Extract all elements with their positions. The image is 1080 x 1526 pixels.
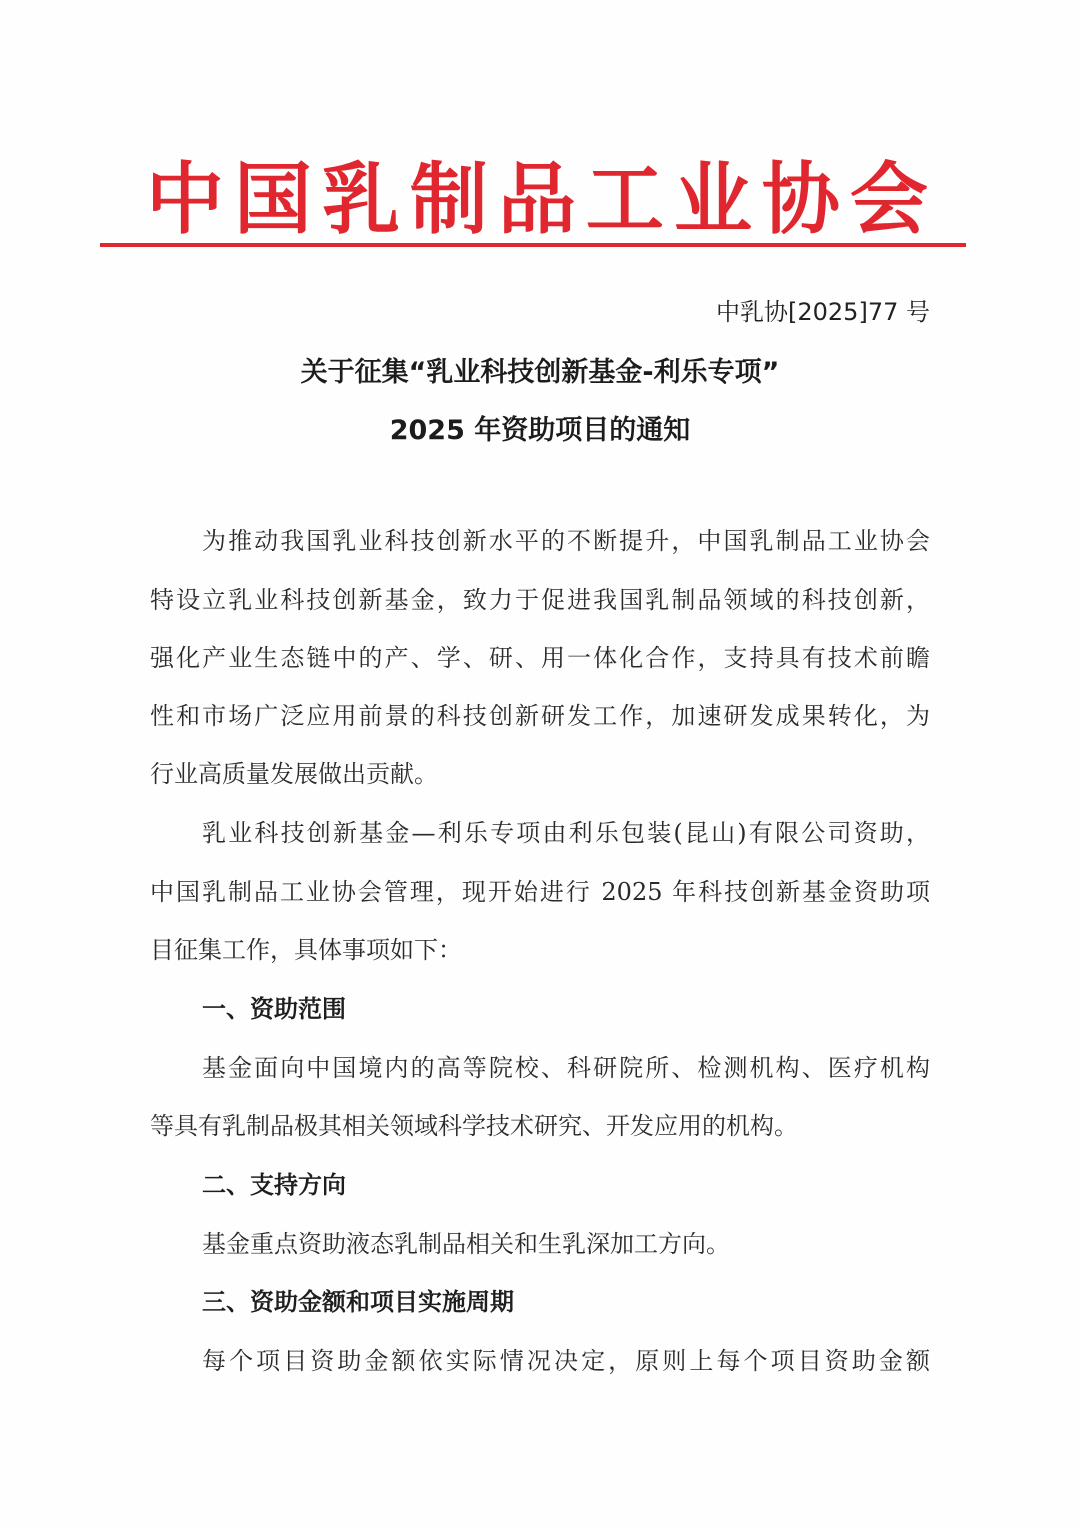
paragraph-line: 乳业科技创新基金—利乐专项由利乐包装(昆山)有限公司资助，	[202, 818, 930, 848]
paragraph-line: 特设立乳业科技创新基金，致力于促进我国乳制品领域的科技创新，	[150, 585, 930, 615]
masthead-char: 国	[234, 161, 312, 239]
masthead-char: 制	[410, 161, 488, 239]
paragraph-line: 中国乳制品工业协会管理，现开始进行 2025 年科技创新基金资助项	[150, 877, 930, 907]
masthead-char: 协	[762, 161, 840, 239]
paragraph-line: 等具有乳制品极其相关领域科学技术研究、开发应用的机构。	[150, 1111, 798, 1141]
masthead-char: 乳	[322, 161, 400, 239]
masthead-char: 业	[674, 161, 752, 239]
paragraph-line: 为推动我国乳业科技创新水平的不断提升，中国乳制品工业协会	[202, 526, 930, 556]
masthead-char: 中	[146, 161, 224, 239]
org-masthead: 中 国 乳 制 品 工 业 协 会	[100, 150, 966, 250]
paragraph-line: 每个项目资助金额依实际情况决定，原则上每个项目资助金额	[202, 1346, 930, 1376]
paragraph-line: 基金面向中国境内的高等院校、科研院所、检测机构、医疗机构	[202, 1053, 930, 1083]
red-divider	[100, 243, 966, 247]
masthead-char: 工	[586, 161, 664, 239]
section-heading-support-direction: 二、支持方向	[202, 1170, 930, 1200]
paragraph-line: 性和市场广泛应用前景的科技创新研发工作，加速研发成果转化，为	[150, 701, 930, 731]
paragraph-line: 行业高质量发展做出贡献。	[150, 759, 438, 789]
document-number: 中乳协[2025]77 号	[716, 292, 930, 327]
section-heading-funding-amount-period: 三、资助金额和项目实施周期	[202, 1287, 930, 1317]
document-title-line2: 2025 年资助项目的通知	[0, 408, 1080, 447]
masthead-char: 品	[498, 161, 576, 239]
masthead-char: 会	[850, 161, 928, 239]
document-title-line1: 关于征集“乳业科技创新基金-利乐专项”	[0, 350, 1080, 389]
paragraph-line: 强化产业生态链中的产、学、研、用一体化合作，支持具有技术前瞻	[150, 643, 930, 673]
section-heading-funding-scope: 一、资助范围	[202, 994, 930, 1024]
document-page: 中 国 乳 制 品 工 业 协 会 中乳协[2025]77 号 关于征集“乳业科…	[0, 0, 1080, 1526]
paragraph-line: 目征集工作，具体事项如下：	[150, 935, 462, 965]
paragraph-line: 基金重点资助液态乳制品相关和生乳深加工方向。	[202, 1229, 930, 1259]
